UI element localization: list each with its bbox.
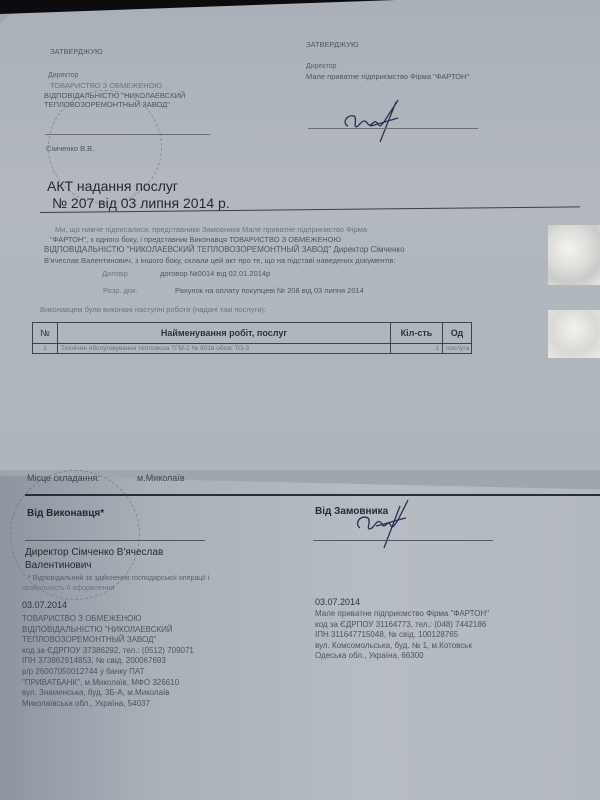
customer-details: Мале приватне підприємство Фірма "ФАРТОН… — [315, 609, 489, 662]
approval-heading: ЗАТВЕРДЖУЮ — [50, 47, 103, 56]
column-header: № — [33, 323, 58, 344]
executor-name: Валентинович — [25, 560, 92, 571]
signature-line — [25, 540, 205, 541]
details-line: ТЕПЛОВОЗОРЕМОНТНЫЙ ЗАВОД" — [22, 635, 194, 646]
details-line: вул. Комсомольська, буд. № 1, м.Котовськ — [315, 641, 489, 652]
row-description: Технічне обслуговування тепловоза ТГМ-2 … — [58, 344, 391, 354]
basis-label: Договір — [102, 269, 128, 278]
executor-date: 03.07.2014 — [22, 600, 67, 610]
column-header: Од — [443, 323, 472, 344]
details-line: вул. Знаменська, буд. 3Б-А, м.Миколаїв — [22, 688, 194, 699]
details-line: ІПН 373862914853, № свід. 200067693 — [22, 656, 194, 667]
table-header-row: № Найменування робіт, послуг Кіл-сть Од — [33, 323, 472, 344]
works-table: № Найменування робіт, послуг Кіл-сть Од … — [32, 322, 472, 354]
table-row: 1 Технічне обслуговування тепловоза ТГМ-… — [33, 344, 472, 354]
basis-value: договор №0014 від 02.01.2014р — [160, 269, 270, 278]
row-number: 1 — [33, 344, 58, 354]
details-line: р/р 26007050012744 у банку ПАТ — [22, 667, 194, 678]
details-line: ТОВАРИСТВО З ОБМЕЖЕНОЮ — [22, 614, 194, 625]
glare-patch — [548, 225, 600, 285]
executor-details: ТОВАРИСТВО З ОБМЕЖЕНОЮ ВІДПОВІДАЛЬНІСТЮ … — [22, 614, 194, 709]
executor-note: * Відповідальний за здійснення господарс… — [28, 575, 209, 582]
details-line: ІПН 311647715048, № свід. 100128765 — [315, 630, 489, 641]
approval-org: Мале приватне підприємство Фірма "ФАРТОН… — [306, 72, 469, 81]
signature-line — [45, 134, 210, 135]
works-intro: Виконавцем були виконані наступні роботи… — [40, 305, 266, 314]
row-quantity: 1 — [391, 344, 443, 354]
act-title: АКТ надання послуг — [47, 178, 178, 194]
preamble-line: "ФАРТОН", з одного боку, і представник В… — [50, 235, 341, 244]
basis-value: Рахунок на оплату покупцеві № 208 від 03… — [175, 286, 364, 295]
executor-name: Директор Сімченко В'ячеслав — [25, 547, 163, 558]
approval-role: Директор — [306, 63, 337, 70]
row-unit: послуга — [443, 344, 472, 354]
approval-role: Директор — [48, 72, 79, 79]
column-header: Кіл-сть — [391, 323, 443, 344]
executor-heading: Від Виконавця* — [27, 508, 104, 519]
basis-label: Розр. док. — [103, 286, 137, 295]
preamble-line: Ми, що нижче підписалися, представники З… — [55, 225, 367, 234]
details-line: ВІДПОВІДАЛЬНІСТЮ "НИКОЛАЕВСКИЙ — [22, 625, 194, 636]
glare-patch — [548, 310, 600, 358]
details-line: Мале приватне підприємство Фірма "ФАРТОН… — [315, 609, 489, 620]
preamble-line: ВІДПОВІДАЛЬНІСТЮ "НИКОЛАЕВСКИЙ ТЕПЛОВОЗО… — [44, 245, 405, 254]
approval-org-line: ТОВАРИСТВО З ОБМЕЖЕНОЮ — [50, 81, 162, 90]
place-value: м.Миколаїв — [137, 473, 185, 483]
details-line: код за ЄДРПОУ 31164773, тел.: (048) 7442… — [315, 620, 489, 631]
details-line: Миколаївська обл., Україна, 54037 — [22, 699, 194, 710]
signature-line — [308, 128, 478, 129]
signature-icon — [350, 498, 420, 550]
signature-line — [313, 540, 493, 541]
details-line: код за ЄДРПОУ 37386292, тел.: (0512) 709… — [22, 646, 194, 657]
act-number: № 207 від 03 липня 2014 р. — [52, 195, 230, 211]
column-header: Найменування робіт, послуг — [58, 323, 391, 344]
approval-signatory: Сімченко В.В. — [46, 144, 94, 153]
approval-heading: ЗАТВЕРДЖУЮ — [306, 40, 359, 49]
executor-note: правильність її оформлення — [22, 585, 114, 592]
details-line: Одеська обл., Україна, 66300 — [315, 651, 489, 662]
details-line: "ПРИВАТБАНК", м.Миколаїв, МФО 326610 — [22, 678, 194, 689]
preamble-line: В'ячеслав Валентинович, з іншого боку, с… — [44, 256, 396, 265]
signature-icon — [340, 96, 410, 144]
customer-date: 03.07.2014 — [315, 597, 360, 607]
